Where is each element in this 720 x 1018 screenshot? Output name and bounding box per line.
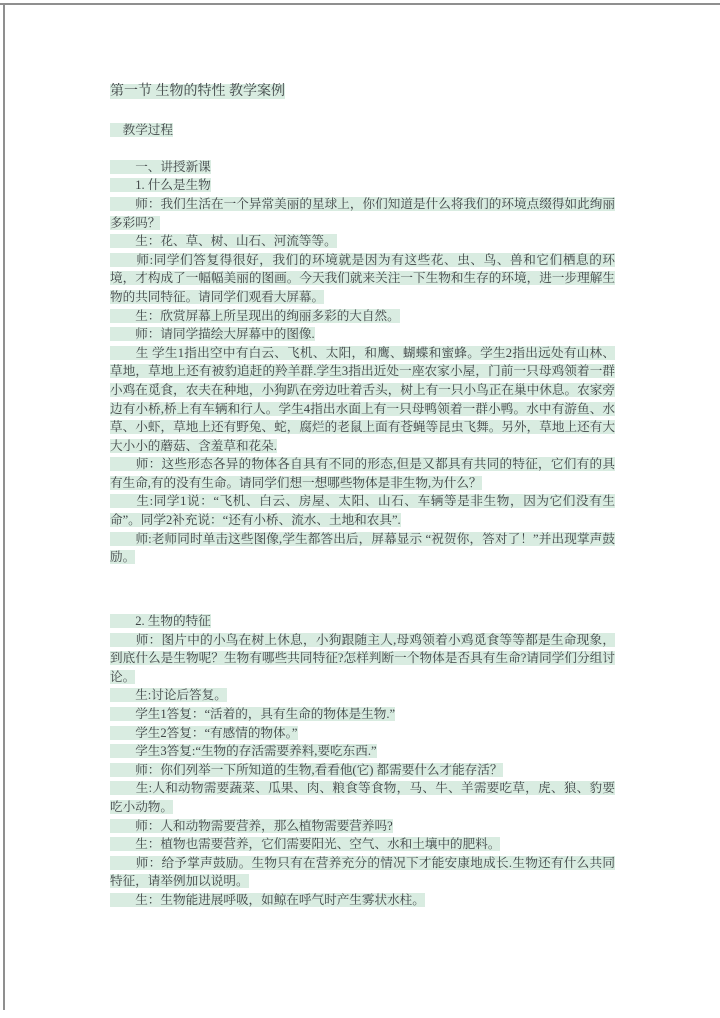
para-student-food-examples: 生:人和动物需要蔬菜、瓜果、肉、粮食等食物，马、牛、羊需要吃草，虎、狼、豹要吃小…	[110, 779, 615, 816]
para-students-describe: 生 学生1指出空中有白云、飞机、太阳，和鹰、蝴蝶和蜜蜂。学生2指出远处有山林、草…	[110, 344, 615, 456]
blank-line	[110, 102, 615, 121]
para-teacher-describe: 师：请同学描绘大屏幕中的图像.	[110, 325, 615, 344]
para-teacher-what-is-life: 师：图片中的小鸟在树上休息，小狗跟随主人,母鸡领着小鸡觅食等等都是生命现象，到底…	[110, 631, 615, 687]
para-student1-reply: 学生1答复：“活着的，具有生命的物体是生物.”	[110, 705, 615, 724]
para-student3-reply: 学生3答复:“生物的存活需要养料,要吃东西.”	[110, 742, 615, 761]
page-border-top	[0, 3, 720, 5]
blank-line	[110, 585, 615, 604]
para-teacher-plants-nutrition: 师：人和动物需要营养，那么植物需要营养吗?	[110, 817, 615, 836]
blank-line	[110, 139, 615, 158]
document-title: 第一节 生物的特性 教学案例	[110, 82, 615, 102]
document-title-text: 第一节 生物的特性 教学案例	[110, 84, 285, 99]
para-student-discuss: 生:讨论后答复。	[110, 686, 615, 705]
para-student2-reply: 学生2答复：“有感情的物体。”	[110, 724, 615, 743]
heading-topic-2: 2. 生物的特征	[110, 612, 615, 631]
blank-line	[110, 567, 615, 586]
para-teacher-followup: 师:同学们答复得很好，我们的环境就是因为有这些花、虫、鸟、兽和它们栖息的环境，才…	[110, 251, 615, 307]
heading-section-1: 一、讲授新课	[110, 158, 615, 177]
page-border-left	[3, 3, 5, 1010]
section-gap	[110, 604, 615, 612]
para-student-breathing: 生：生物能进展呼吸，如鲸在呼气时产生雾状水柱。	[110, 891, 615, 910]
para-teacher-applause: 师：给予掌声鼓励。生物只有在营养充分的情况下才能安康地成长.生物还有什么共同特征…	[110, 854, 615, 891]
para-student-plants-nutrition: 生：植物也需要营养，它们需要阳光、空气、水和土壤中的肥料。	[110, 835, 615, 854]
para-student-answer-1: 生：花、草、树、山石、河流等等。	[110, 232, 615, 251]
para-students-nonliving: 生:同学1说：“飞机、白云、房屋、太阳、山石、车辆等是非生物，因为它们没有生命”…	[110, 492, 615, 529]
document-content: 第一节 生物的特性 教学案例 教学过程 一、讲授新课 1. 什么是生物 师：我们…	[110, 82, 615, 910]
para-teacher-question-nonliving: 师：这些形态各异的物体各自具有不同的形态,但是又都具有共同的特征，它们有的具有生…	[110, 455, 615, 492]
subtitle-teaching-process: 教学过程	[110, 121, 615, 140]
para-teacher-intro: 师：我们生活在一个异常美丽的星球上，你们知道是什么将我们的环境点缀得如此绚丽多彩…	[110, 195, 615, 232]
para-teacher-list-organisms: 师：你们列举一下所知道的生物,看看他(它) 都需要什么才能存活？	[110, 761, 615, 780]
document-page: 第一节 生物的特性 教学案例 教学过程 一、讲授新课 1. 什么是生物 师：我们…	[0, 0, 720, 1018]
heading-topic-1: 1. 什么是生物	[110, 176, 615, 195]
para-student-watch: 生：欣赏屏幕上所呈现出的绚丽多彩的大自然。	[110, 307, 615, 326]
para-teacher-click-images: 师:老师同时单击这些图像,学生都答出后，屏幕显示 “祝贺你，答对了！”并出现掌声…	[110, 530, 615, 567]
